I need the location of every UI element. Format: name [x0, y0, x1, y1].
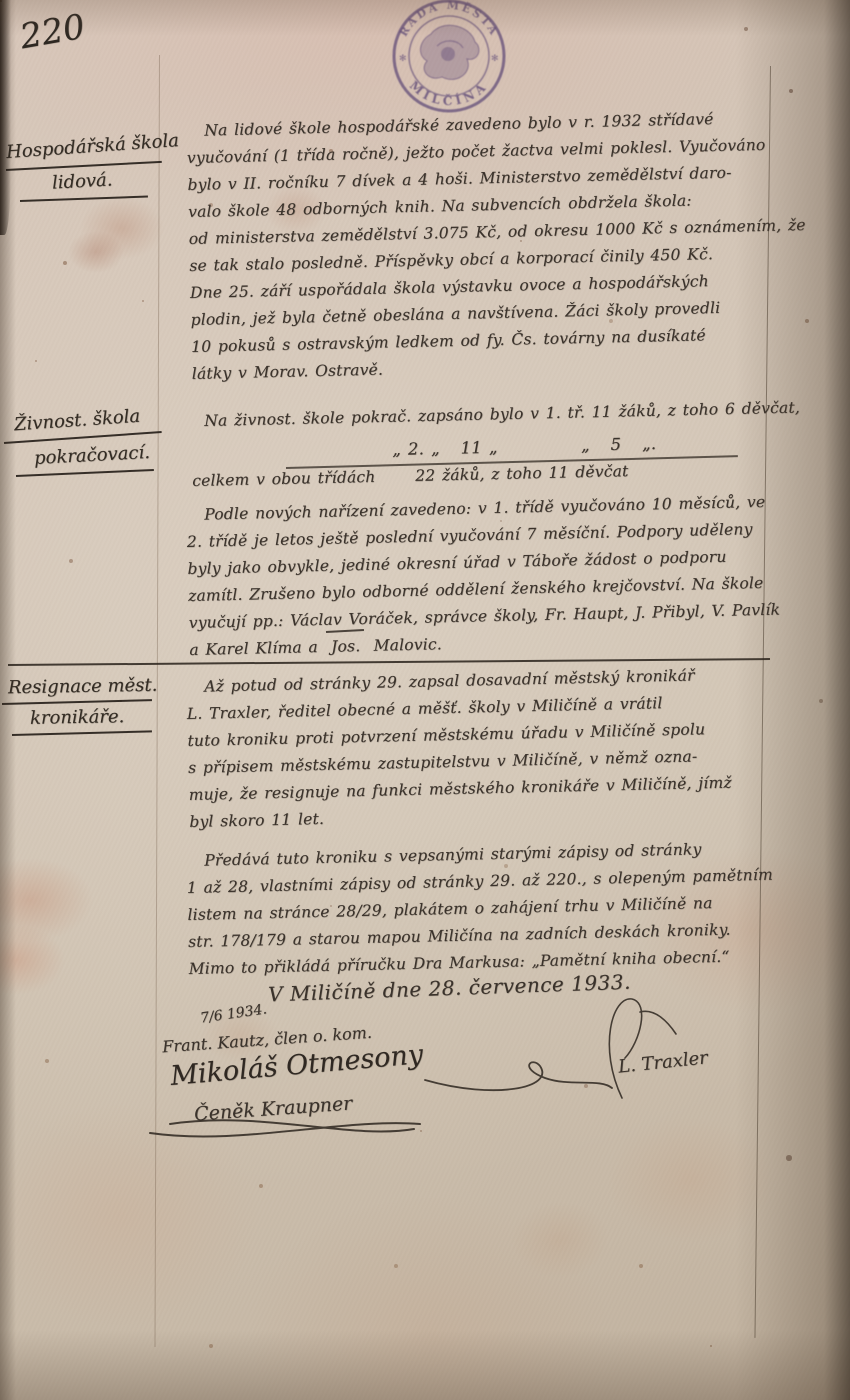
margin-label-lidova: lidová. — [51, 169, 113, 193]
kraupner-flourish — [150, 1120, 420, 1136]
paragraph-zivnost-skola: Podle nových nařízení zavedeno: v 1. tří… — [186, 489, 781, 664]
stamp-left-star: ✻ — [399, 54, 407, 64]
signature-date: 7/6 1934. — [199, 1001, 268, 1026]
margin-label-zivnost-skola: Živnost. škola — [13, 406, 140, 436]
stamp-right-star: ✻ — [491, 54, 499, 64]
traxler-flourish — [609, 999, 676, 1098]
page-edge-shadow — [0, 0, 11, 235]
margin-label-pokracovaci: pokračovací. — [34, 442, 151, 469]
margin-label-resignace: Resignace měst. — [8, 675, 158, 699]
paragraph-resignace-1: Až potud od stránky 29. zapsal dosavadní… — [186, 662, 733, 836]
otmesony-flourish — [425, 1062, 612, 1090]
margin-underline — [2, 699, 152, 705]
margin-label-hospodarska-skola: Hospodářská škola — [5, 130, 179, 163]
paragraph-hospodarska-skola: Na lidové škole hospodářské zavedeno byl… — [186, 104, 809, 388]
margin-underline — [16, 469, 154, 477]
tally-row-class1: Na živnost. škole pokrač. zapsáno bylo v… — [204, 398, 800, 430]
signature-kraupner: Čeněk Kraupner — [193, 1093, 353, 1126]
margin-rule-left — [154, 55, 160, 1347]
margin-underline — [12, 730, 152, 736]
chronicle-page: 220 RADA MĚSTA MILČÍNA ✻ ✻ Hospodářská š… — [0, 0, 850, 1400]
page-number: 220 — [17, 7, 88, 58]
tally-row-total: celkem v obou třídách 22 žáků, z toho 11… — [192, 462, 629, 490]
margin-label-kronikare: kronikáře. — [30, 706, 125, 729]
margin-underline — [6, 161, 162, 171]
margin-underline — [20, 196, 148, 202]
paper-speckles — [0, 0, 2, 2]
paragraph-resignace-2: Předává tuto kroniku s vepsanými starými… — [186, 835, 775, 983]
tally-row-class2: „ 2. „ 11 „ „ 5 „. — [392, 434, 656, 459]
municipal-stamp-icon: RADA MĚSTA MILČÍNA ✻ ✻ — [385, 0, 513, 124]
signature-traxler: L. Traxler — [617, 1047, 709, 1077]
